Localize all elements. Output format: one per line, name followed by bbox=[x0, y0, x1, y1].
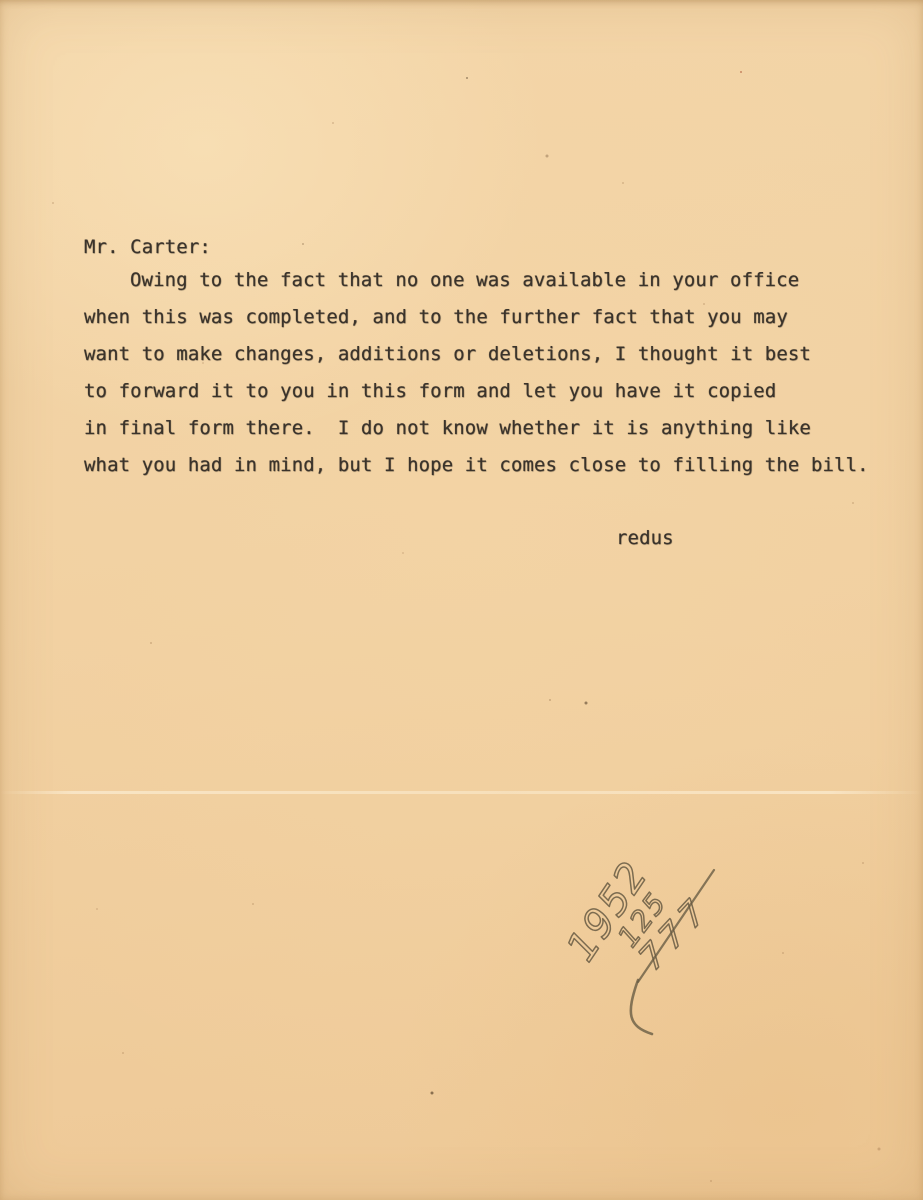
body-line-4: to forward it to you in this form and le… bbox=[84, 373, 869, 410]
body-line-3: want to make changes, additions or delet… bbox=[84, 336, 869, 373]
salutation: Mr. Carter: bbox=[84, 229, 211, 266]
body-line-2: when this was completed, and to the furt… bbox=[84, 299, 869, 336]
signature: redus bbox=[616, 520, 674, 557]
paper-specks bbox=[0, 0, 2, 2]
pencil-tail-stroke bbox=[631, 980, 652, 1034]
body-line-1: Owing to the fact that no one was availa… bbox=[84, 262, 869, 299]
body-line-6: what you had in mind, but I hope it come… bbox=[84, 447, 869, 484]
scanned-letter-page: Mr. Carter: Owing to the fact that no on… bbox=[0, 0, 923, 1200]
letter-body: Owing to the fact that no one was availa… bbox=[84, 262, 869, 484]
pencil-annotation: 1952 125 777 bbox=[552, 822, 762, 1047]
paper-crease bbox=[0, 791, 923, 794]
body-line-5: in final form there. I do not know wheth… bbox=[84, 410, 869, 447]
